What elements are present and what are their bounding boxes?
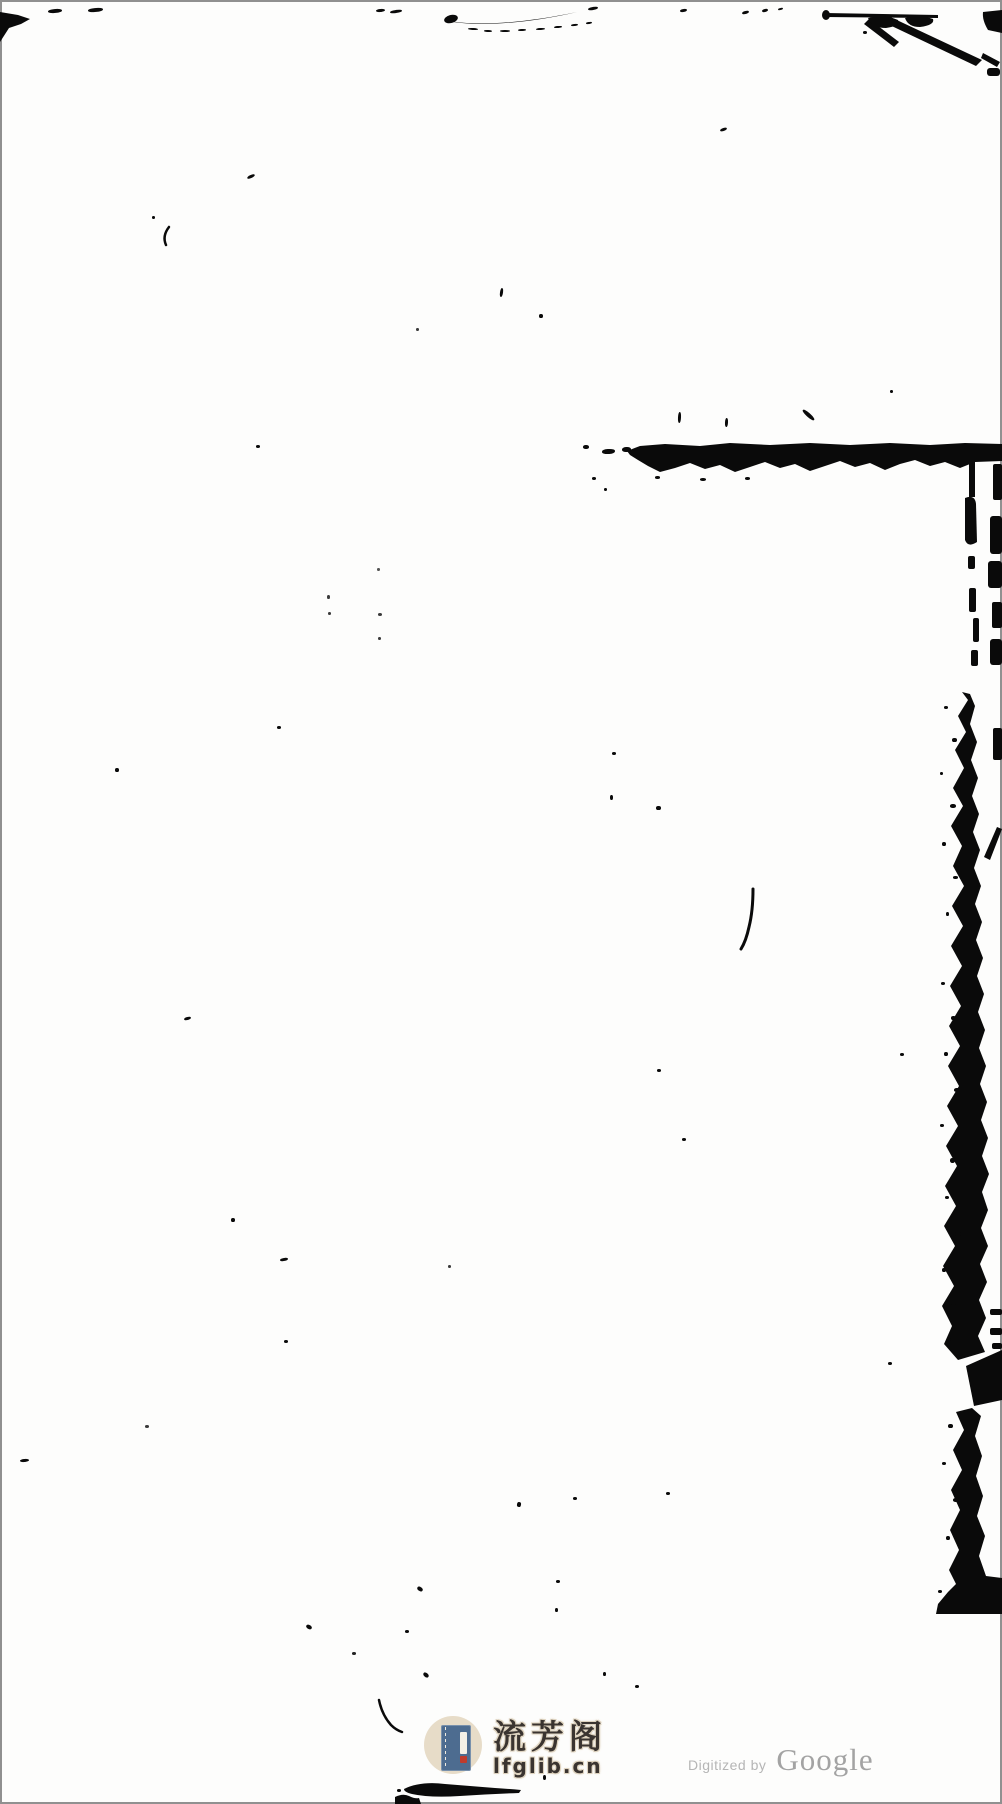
ink-speck <box>941 982 945 985</box>
ink-speck <box>682 1138 686 1141</box>
ink-speck <box>231 1218 235 1222</box>
ink-speck <box>947 1338 951 1341</box>
top-right-ink-streaks <box>822 10 1002 76</box>
scanned-page: 流芳阁 lfglib.cn Digitized by Google <box>0 0 1002 1804</box>
ink-speck <box>942 1268 946 1272</box>
page-gutter-wedge <box>966 1350 1002 1406</box>
watermark-badge <box>424 1716 482 1774</box>
ink-speck <box>115 768 119 772</box>
top-swoosh-knot <box>443 13 459 24</box>
ink-speck <box>940 772 943 775</box>
ink-speck <box>145 1425 149 1428</box>
ink-speck <box>500 30 510 32</box>
ink-speck <box>277 726 281 729</box>
book-icon <box>441 1725 471 1771</box>
edge-character-fragments <box>984 464 1002 1349</box>
ink-speck <box>863 31 867 34</box>
ink-speck <box>948 1424 953 1428</box>
ink-speck <box>539 314 543 318</box>
ink-speck <box>745 477 750 480</box>
watermark-title: 流芳阁 <box>493 1720 607 1753</box>
book-spine-stitches <box>445 1727 446 1769</box>
top-swoosh-ink-stroke <box>445 12 577 24</box>
ink-speck <box>700 478 706 481</box>
ink-speck <box>397 1789 401 1792</box>
ink-speck <box>328 612 331 615</box>
ink-speck <box>573 1497 577 1500</box>
ink-speck <box>953 1498 959 1502</box>
ink-speck <box>946 1536 950 1540</box>
ink-speck <box>612 752 616 755</box>
ink-speck <box>900 1053 904 1056</box>
ink-speck <box>405 1630 409 1633</box>
ink-speck <box>583 445 589 449</box>
page-gutter-band-lower <box>936 1408 1002 1614</box>
bottom-edge-ink-mark <box>395 1795 421 1804</box>
ink-speck <box>945 1196 949 1199</box>
ink-speck <box>953 876 958 879</box>
ink-speck <box>666 1492 670 1495</box>
ink-speck <box>416 328 419 331</box>
ink-speck <box>951 1304 956 1308</box>
ink-speck <box>890 390 893 393</box>
ink-speck <box>352 1652 356 1655</box>
ink-speck <box>888 1362 892 1365</box>
ink-speck <box>657 1069 661 1072</box>
ink-speck <box>378 637 381 640</box>
digitized-by-label: Digitized by <box>688 1757 766 1773</box>
scan-ink-artwork <box>0 0 1002 1804</box>
ink-speck <box>951 1016 956 1020</box>
ink-speck <box>954 1088 960 1092</box>
ink-speck <box>604 488 607 491</box>
ink-speck <box>610 795 613 800</box>
frame-vertical-rule <box>965 461 979 666</box>
book-red-seal <box>460 1756 467 1763</box>
ink-speck <box>635 1685 639 1688</box>
ink-speck <box>377 568 380 571</box>
ink-speck <box>556 1580 560 1583</box>
book-title-label <box>460 1732 467 1754</box>
ink-speck <box>152 216 155 219</box>
ink-speck <box>952 1568 957 1572</box>
ink-speck <box>942 842 946 846</box>
google-logo: Google <box>776 1742 873 1778</box>
ink-speck <box>327 595 330 599</box>
watermark-text: 流芳阁 lfglib.cn <box>493 1716 607 1776</box>
ink-speck <box>555 1608 558 1612</box>
ink-speck <box>944 706 948 709</box>
page-gutter-band-upper <box>942 692 989 1360</box>
ink-speck <box>448 1265 451 1268</box>
ink-speck <box>592 477 596 480</box>
ink-speck <box>284 1340 288 1343</box>
ink-speck <box>955 1232 961 1236</box>
ink-speck <box>656 806 661 810</box>
ink-speck <box>942 1462 946 1465</box>
top-left-ink-blot <box>0 12 30 42</box>
ink-speck <box>955 948 961 953</box>
ink-smear <box>404 1783 521 1796</box>
ink-speck <box>944 1052 948 1056</box>
ink-speck <box>940 1124 944 1127</box>
frame-top-border <box>627 443 1002 472</box>
ink-speck <box>484 30 492 32</box>
ink-speck <box>378 613 382 616</box>
ink-speck <box>950 1158 955 1163</box>
ink-speck <box>950 804 956 808</box>
ink-speck <box>256 445 260 448</box>
watermark-url: lfglib.cn <box>493 1756 607 1776</box>
ink-speck <box>952 738 957 742</box>
ink-speck <box>946 912 949 916</box>
digitization-credit: Digitized by Google <box>688 1742 874 1778</box>
ink-speck <box>655 476 660 479</box>
ink-speck <box>603 1672 606 1676</box>
ink-speck <box>938 1590 942 1593</box>
watermark: 流芳阁 lfglib.cn <box>424 1716 607 1776</box>
